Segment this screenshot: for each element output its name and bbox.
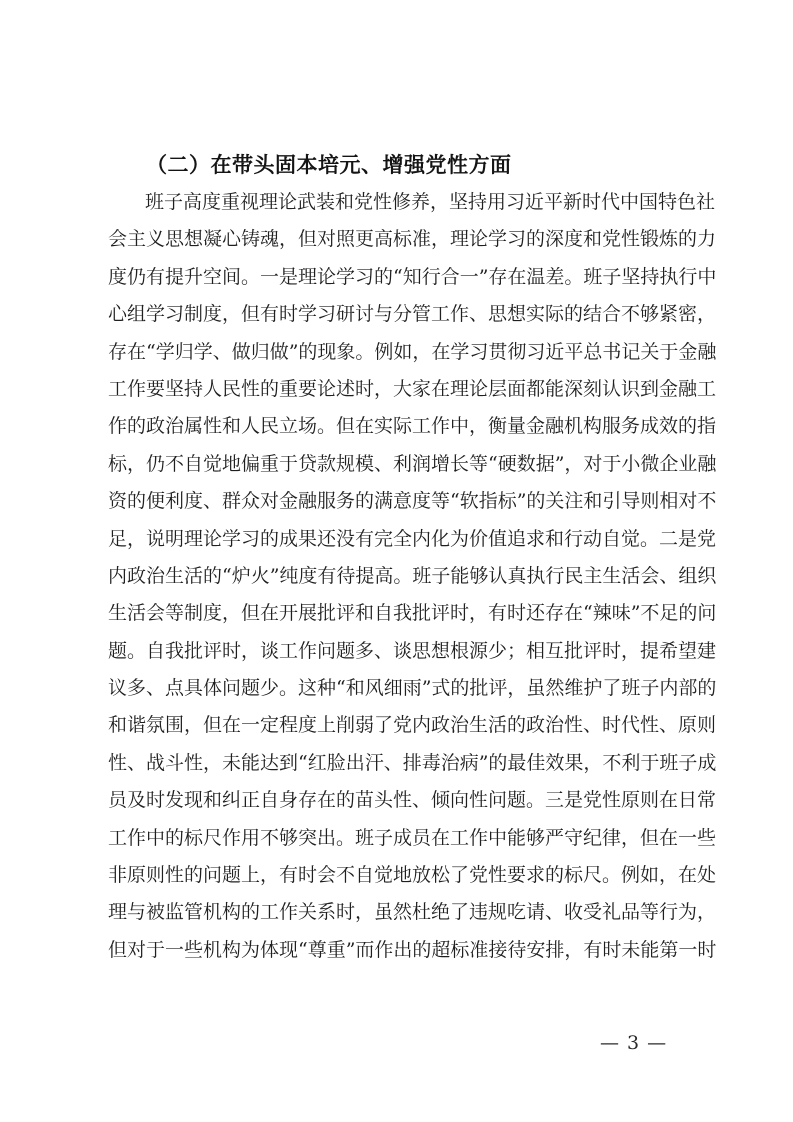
text-line: 工作要坚持人民性的重要论述时，大家在理论层面都能深刻认识到金融工 [108,371,700,408]
text-line: 存在“学归学、做归做”的现象。例如，在学习贯彻习近平总书记关于金融 [108,334,700,371]
document-body: （二）在带头固本培元、增强党性方面 班子高度重视理论武装和党性修养，坚持用习近平… [108,146,700,969]
text-line: 内政治生活的“炉火”纯度有待提高。班子能够认真执行民主生活会、组织 [108,558,700,595]
text-line: 性、战斗性，未能达到“红脸出汗、排毒治病”的最佳效果，不利于班子成 [108,745,700,782]
text-line: 议多、点具体问题少。这种“和风细雨”式的批评，虽然维护了班子内部的 [108,670,700,707]
text-line: 心组学习制度，但有时学习研讨与分管工作、思想实际的结合不够紧密， [108,296,700,333]
text-line: 标，仍不自觉地偏重于贷款规模、利润增长等“硬数据”，对于小微企业融 [108,446,700,483]
text-line: 生活会等制度，但在开展批评和自我批评时，有时还存在“辣味”不足的问 [108,595,700,632]
text-line: 题。自我批评时，谈工作问题多、谈思想根源少；相互批评时，提希望建 [108,633,700,670]
text-line: 和谐氛围，但在一定程度上削弱了党内政治生活的政治性、时代性、原则 [108,707,700,744]
page-number: — 3 — [600,1031,690,1055]
text-line: 员及时发现和纠正自身存在的苗头性、倾向性问题。三是党性原则在日常 [108,782,700,819]
document-page: （二）在带头固本培元、增强党性方面 班子高度重视理论武装和党性修养，坚持用习近平… [0,0,793,1122]
text-line: 足，说明理论学习的成果还没有完全内化为价值追求和行动自觉。二是党 [108,521,700,558]
text-line: 资的便利度、群众对金融服务的满意度等“软指标”的关注和引导则相对不 [108,483,700,520]
text-line: 工作中的标尺作用不够突出。班子成员在工作中能够严守纪律，但在一些 [108,820,700,857]
text-line: 但对于一些机构为体现“尊重”而作出的超标准接待安排，有时未能第一时 [108,932,700,969]
text-line: 作的政治属性和人民立场。但在实际工作中，衡量金融机构服务成效的指 [108,408,700,445]
text-line: 会主义思想凝心铸魂，但对照更高标准，理论学习的深度和党性锻炼的力 [108,221,700,258]
text-line: 度仍有提升空间。一是理论学习的“知行合一”存在温差。班子坚持执行中 [108,259,700,296]
body-paragraph: 班子高度重视理论武装和党性修养，坚持用习近平新时代中国特色社会主义思想凝心铸魂，… [108,184,700,969]
text-line: 理与被监管机构的工作关系时，虽然杜绝了违规吃请、收受礼品等行为， [108,894,700,931]
text-line: 非原则性的问题上，有时会不自觉地放松了党性要求的标尺。例如，在处 [108,857,700,894]
text-line: 班子高度重视理论武装和党性修养，坚持用习近平新时代中国特色社 [108,184,700,221]
section-heading: （二）在带头固本培元、增强党性方面 [108,146,700,184]
